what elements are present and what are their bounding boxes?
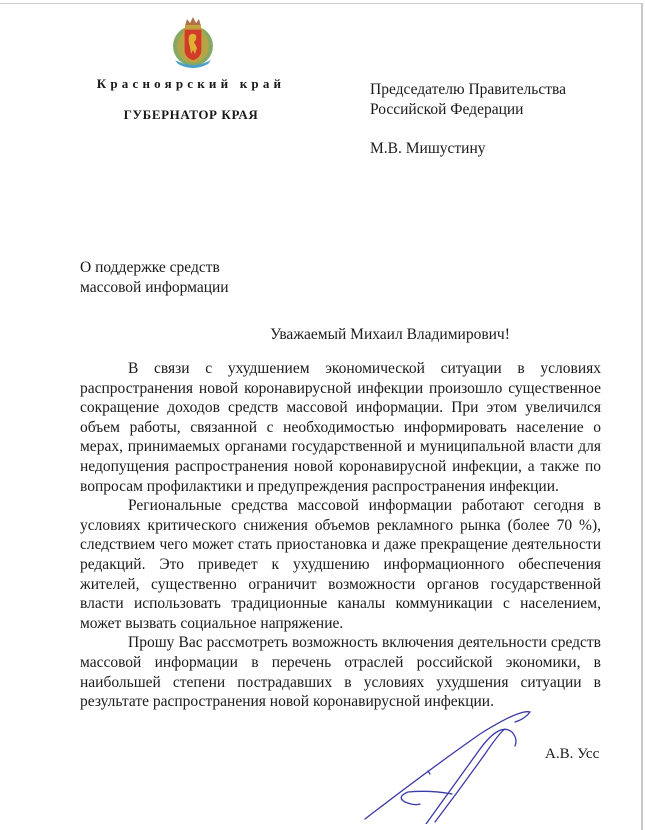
coat-of-arms-icon (170, 14, 216, 70)
region-name: Красноярский край (60, 76, 322, 92)
subject-line-2: массовой информации (80, 279, 229, 296)
addressee-name: М.В. Мишустину (370, 139, 566, 159)
addressee-line-2: Российской Федерации (370, 101, 523, 118)
addressee-block: Председателю Правительства Российской Фе… (370, 80, 566, 159)
letter-page: Красноярский край ГУБЕРНАТОР КРАЯ Предсе… (0, 3, 643, 830)
letter-body: В связи с ухудшением экономической ситуа… (80, 359, 601, 712)
signer-name: А.В. Усс (545, 746, 599, 763)
sender-title: ГУБЕРНАТОР КРАЯ (60, 107, 322, 123)
subject-line-1: О поддержке средств (80, 259, 220, 276)
subject-block: О поддержке средств массовой информации (80, 258, 229, 297)
handwritten-signature-icon (360, 694, 540, 824)
addressee-line-1: Председателю Правительства (370, 81, 566, 98)
paragraph: В связи с ухудшением экономической ситуа… (80, 359, 601, 496)
paragraph: Региональные средства массовой информаци… (80, 496, 601, 633)
salutation: Уважаемый Михаил Владимирович! (80, 326, 640, 344)
